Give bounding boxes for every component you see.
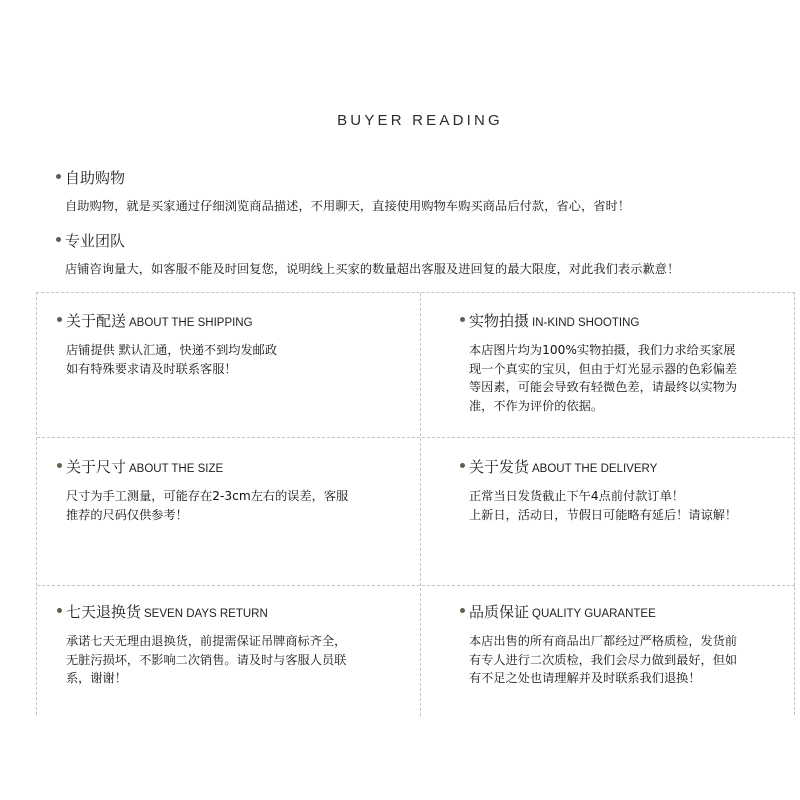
cell-heading-zh: 关于配送 bbox=[66, 312, 126, 330]
cell-heading-zh: 关于发货 bbox=[469, 458, 529, 476]
cell-heading-en: SEVEN DAYS RETURN bbox=[144, 608, 268, 620]
cell-body: 正常当日发货截止下午4点前付款订单！ 上新日，活动日，节假日可能略有延后！请谅解… bbox=[469, 487, 737, 524]
intro-heading: 专业团队 bbox=[65, 232, 125, 250]
cell-heading-zh: 关于尺寸 bbox=[66, 458, 126, 476]
bullet-icon bbox=[57, 608, 62, 613]
cell-body: 尺寸为手工测量，可能存在2-3cm左右的误差，客服 推荐的尺码仅供参考！ bbox=[66, 487, 348, 524]
cell-heading-en: IN-KIND SHOOTING bbox=[532, 317, 639, 329]
intro-body: 店铺咨询量大，如客服不能及时回复您，说明线上买家的数量超出客服及进回复的最大限度… bbox=[65, 260, 679, 278]
cell-heading-en: ABOUT THE DELIVERY bbox=[532, 463, 657, 475]
cell-body: 承诺七天无理由退换货，前提需保证吊牌商标齐全， 无脏污损坏，不影响二次销售。请及… bbox=[66, 632, 346, 688]
bullet-icon bbox=[460, 463, 465, 468]
intro-body: 自助购物，就是买家通过仔细浏览商品描述，不用聊天，直接使用购物车购买商品后付款，… bbox=[65, 197, 630, 215]
cell-delivery: 关于发货ABOUT THE DELIVERY 正常当日发货截止下午4点前付款订单… bbox=[460, 457, 737, 524]
cell-body: 店铺提供 默认汇通，快递不到均发邮政 如有特殊要求请及时联系客服！ bbox=[66, 341, 277, 378]
bullet-icon bbox=[57, 463, 62, 468]
cell-quality-guarantee: 品质保证QUALITY GUARANTEE 本店出售的所有商品出厂都经过严格质检… bbox=[460, 602, 737, 688]
bullet-icon bbox=[56, 237, 61, 242]
grid-divider-vertical bbox=[420, 293, 421, 716]
cell-seven-days-return: 七天退换货SEVEN DAYS RETURN 承诺七天无理由退换货，前提需保证吊… bbox=[57, 602, 346, 688]
bullet-icon bbox=[460, 317, 465, 322]
cell-heading-en: ABOUT THE SHIPPING bbox=[129, 317, 253, 329]
bullet-icon bbox=[57, 317, 62, 322]
intro-heading: 自助购物 bbox=[65, 169, 125, 187]
cell-size: 关于尺寸ABOUT THE SIZE 尺寸为手工测量，可能存在2-3cm左右的误… bbox=[57, 457, 348, 524]
intro-self-service: 自助购物 自助购物，就是买家通过仔细浏览商品描述，不用聊天，直接使用购物车购买商… bbox=[56, 168, 630, 215]
cell-in-kind-shooting: 实物拍摄IN-KIND SHOOTING 本店图片均为100%实物拍摄，我们力求… bbox=[460, 311, 737, 415]
cell-body: 本店图片均为100%实物拍摄，我们力求给买家展 现一个真实的宝贝，但由于灯光显示… bbox=[469, 341, 737, 415]
cell-shipping: 关于配送ABOUT THE SHIPPING 店铺提供 默认汇通，快递不到均发邮… bbox=[57, 311, 277, 378]
grid-divider-horizontal bbox=[37, 585, 795, 586]
bullet-icon bbox=[460, 608, 465, 613]
page-title: BUYER READING bbox=[0, 112, 800, 129]
intro-professional-team: 专业团队 店铺咨询量大，如客服不能及时回复您，说明线上买家的数量超出客服及进回复… bbox=[56, 231, 679, 278]
cell-heading-en: QUALITY GUARANTEE bbox=[532, 608, 656, 620]
cell-heading-zh: 七天退换货 bbox=[66, 603, 141, 621]
grid-divider-horizontal bbox=[37, 437, 795, 438]
bullet-icon bbox=[56, 174, 61, 179]
cell-heading-zh: 实物拍摄 bbox=[469, 312, 529, 330]
cell-heading-zh: 品质保证 bbox=[469, 603, 529, 621]
cell-body: 本店出售的所有商品出厂都经过严格质检，发货前 有专人进行二次质检，我们会尽力做到… bbox=[469, 632, 737, 688]
cell-heading-en: ABOUT THE SIZE bbox=[129, 463, 223, 475]
info-grid: 关于配送ABOUT THE SHIPPING 店铺提供 默认汇通，快递不到均发邮… bbox=[36, 292, 795, 715]
